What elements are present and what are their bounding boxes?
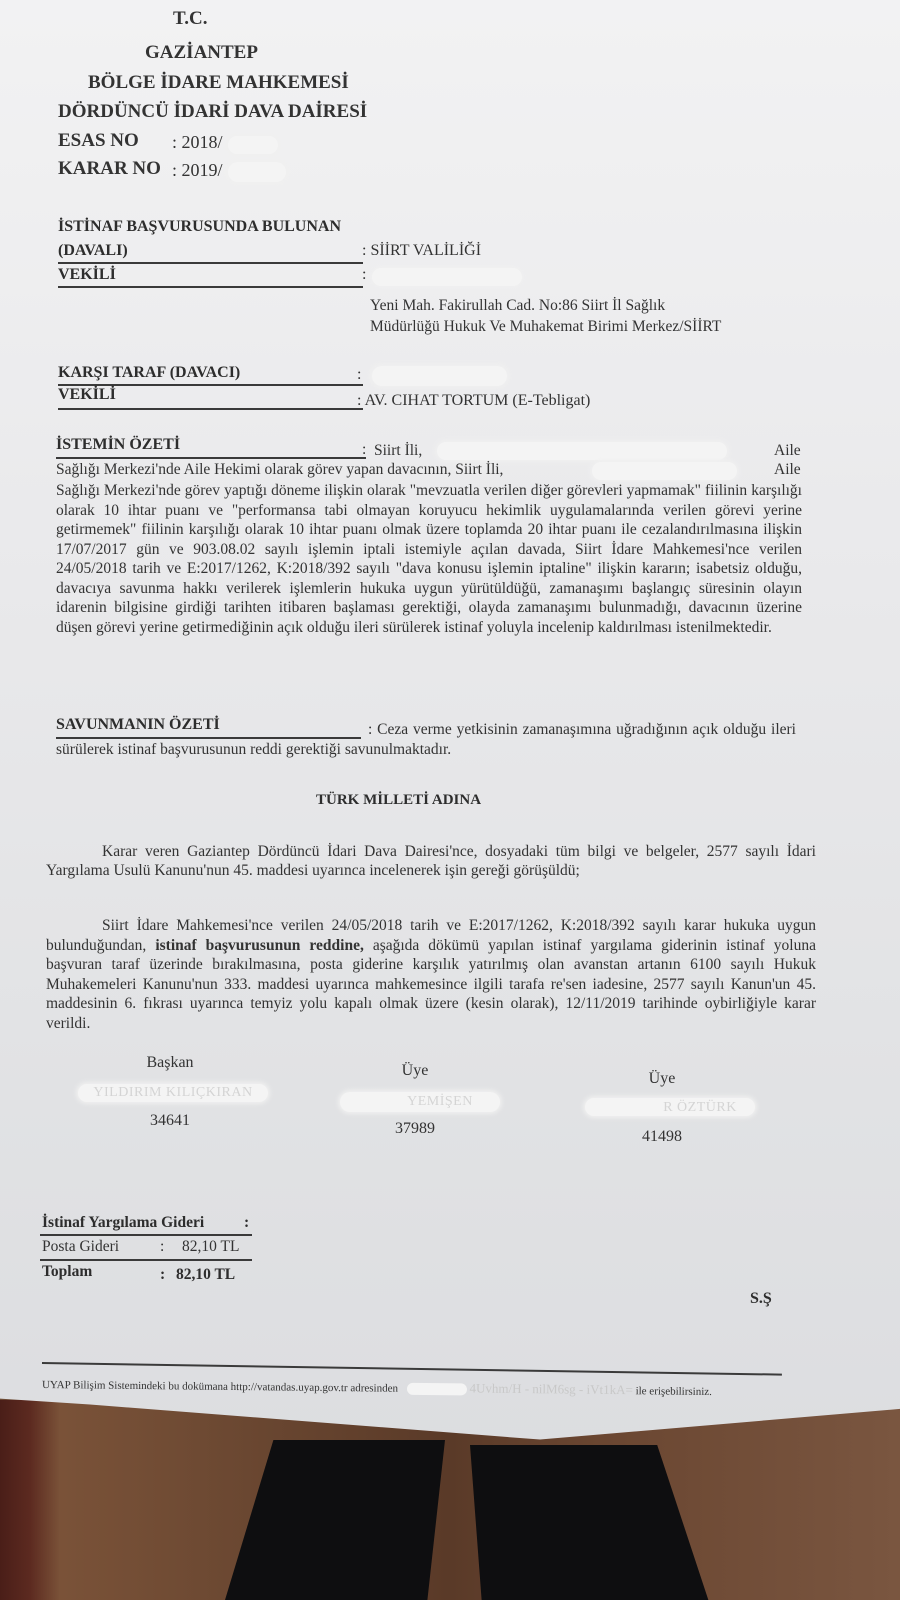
total-colon: : xyxy=(160,1266,165,1284)
claim-line1-start: Siirt İli, xyxy=(374,442,422,460)
decision-paragraph-1: Karar veren Gaziantep Dördüncü İdari Dav… xyxy=(46,842,816,880)
footer-access-code: 4Uvhm/H - nilM6sg - iVt1kA= xyxy=(469,1380,632,1397)
footer-rule xyxy=(42,1362,782,1375)
signature-member1-number: 37989 xyxy=(355,1120,475,1138)
header-court: BÖLGE İDARE MAHKEMESİ xyxy=(88,72,349,94)
signature-chair-name: YILDIRIM KILIÇKIRAN xyxy=(78,1085,268,1101)
footer-text-end: ile erişebilirsiniz. xyxy=(636,1385,712,1398)
redaction xyxy=(407,1383,467,1396)
total-label: Toplam xyxy=(42,1263,92,1281)
total-value: 82,10 TL xyxy=(176,1266,235,1284)
karar-no-value: : 2019/ xyxy=(172,160,223,181)
decision-verdict: istinaf başvurusunun reddine, xyxy=(155,937,364,954)
claim-line2-end: Aile xyxy=(774,461,801,479)
decision-title: TÜRK MİLLETİ ADINA xyxy=(316,792,481,809)
postage-label: Posta Gideri xyxy=(42,1238,119,1256)
respondent-attorney-label: VEKİLİ xyxy=(58,386,116,404)
signature-member2-name: R ÖZTÜRK xyxy=(640,1100,760,1116)
appellant-attorney-value: : xyxy=(362,266,366,284)
redaction xyxy=(228,136,278,154)
esas-no-label: ESAS NO xyxy=(58,130,139,152)
respondent-label: KARŞI TARAF (DAVACI) xyxy=(58,364,240,382)
header-tc: T.C. xyxy=(173,8,207,30)
costs-heading-colon: : xyxy=(244,1214,249,1232)
underline xyxy=(58,286,363,288)
appellant-label: (DAVALI) xyxy=(58,242,128,260)
signature-chair-role: Başkan xyxy=(110,1054,230,1072)
redaction xyxy=(592,462,737,480)
underline xyxy=(40,1234,252,1236)
claim-line2-start: Sağlığı Merkezi'nde Aile Hekimi olarak g… xyxy=(56,461,503,479)
respondent-value: : xyxy=(357,366,361,384)
underline xyxy=(40,1259,252,1261)
underline xyxy=(58,408,363,410)
claim-summary-body: Sağlığı Merkezi'nde görev yaptığı döneme… xyxy=(56,481,802,637)
court-decision-document: T.C. GAZİANTEP BÖLGE İDARE MAHKEMESİ DÖR… xyxy=(0,0,900,1460)
appellant-heading: İSTİNAF BAŞVURUSUNDA BULUNAN xyxy=(58,218,341,236)
redaction xyxy=(372,268,522,286)
appellant-attorney-label: VEKİLİ xyxy=(58,266,116,284)
redaction xyxy=(372,366,507,386)
signature-member1-name: YEMİŞEN xyxy=(380,1094,500,1110)
signature-member1-role: Üye xyxy=(355,1062,475,1080)
header-city: GAZİANTEP xyxy=(145,42,258,64)
esas-no-value: : 2018/ xyxy=(172,132,223,153)
underline xyxy=(56,457,366,459)
postage-colon: : xyxy=(160,1238,164,1256)
appellant-address-line2: Müdürlüğü Hukuk Ve Muhakemat Birimi Merk… xyxy=(370,318,721,336)
signature-chair-number: 34641 xyxy=(110,1112,230,1130)
decision-paragraph-2: Siirt İdare Mahkemesi'nce verilen 24/05/… xyxy=(46,916,816,1033)
underline xyxy=(58,262,363,264)
redaction xyxy=(437,442,727,460)
clerk-initials: S.Ş xyxy=(750,1290,772,1308)
postage-value: 82,10 TL xyxy=(182,1238,239,1256)
claim-summary-label: İSTEMİN ÖZETİ xyxy=(56,436,180,454)
footer-text-start: UYAP Bilişim Sistemindeki bu dokümana ht… xyxy=(42,1379,398,1395)
signature-member2-number: 41498 xyxy=(602,1128,722,1146)
redaction xyxy=(228,162,286,182)
karar-no-label: KARAR NO xyxy=(58,158,161,180)
claim-summary-colon: : xyxy=(362,441,366,459)
footer-text: UYAP Bilişim Sistemindeki bu dokümana ht… xyxy=(42,1376,712,1399)
appellant-value: : SİİRT VALİLİĞİ xyxy=(362,242,481,260)
header-chamber: DÖRDÜNCÜ İDARİ DAVA DAİRESİ xyxy=(58,101,367,123)
costs-heading: İstinaf Yargılama Gideri xyxy=(42,1214,204,1232)
defense-summary-text: : Ceza verme yetkisinin zamanaşımına uğr… xyxy=(56,720,796,759)
respondent-attorney-value: : AV. CIHAT TORTUM (E-Tebligat) xyxy=(357,392,590,410)
appellant-address-line1: Yeni Mah. Fakirullah Cad. No:86 Siirt İl… xyxy=(370,297,665,315)
signature-member2-role: Üye xyxy=(602,1070,722,1088)
claim-line1-end: Aile xyxy=(774,442,801,460)
